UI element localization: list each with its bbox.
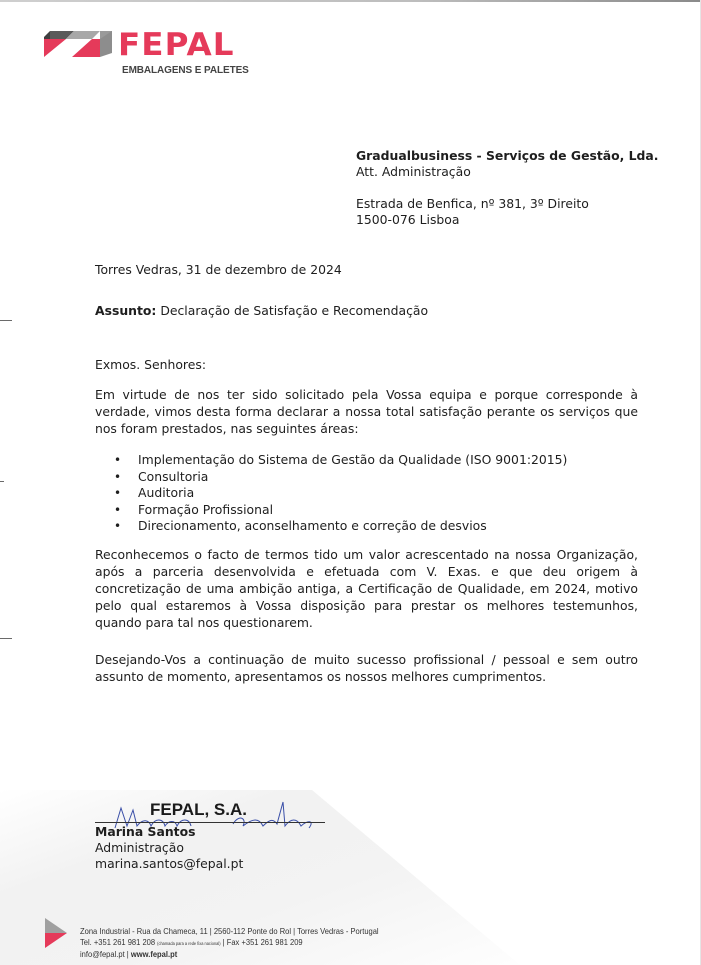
service-areas-list: Implementação do Sistema de Gestão da Qu… [114, 452, 567, 535]
recipient-attention: Att. Administração [356, 164, 659, 180]
footer-contact: Zona Industrial - Rua da Chameca, 11 | 2… [80, 926, 379, 960]
greeting: Exmos. Senhores: [95, 356, 206, 373]
list-item: Formação Profissional [114, 502, 567, 519]
footer-web-line: info@fepal.pt | www.fepal.pt [80, 949, 379, 960]
footer-fax: | Fax +351 261 981 209 [223, 937, 303, 947]
fold-mark [0, 638, 12, 639]
recipient-company: Gradualbusiness - Serviços de Gestão, Ld… [356, 148, 659, 164]
subject-label: Assunto: [95, 303, 156, 318]
list-item: Consultoria [114, 469, 567, 486]
recipient-address-block: Gradualbusiness - Serviços de Gestão, Ld… [356, 148, 659, 228]
fepal-logo-icon [44, 31, 112, 59]
footer-phone-line: Tel. +351 261 981 208 (chamada para a re… [80, 937, 379, 949]
brand-tagline: EMBALAGENS E PALETES [122, 65, 249, 76]
signature-line [95, 822, 325, 823]
subject-line: Assunto: Declaração de Satisfação e Reco… [95, 302, 428, 319]
footer-email[interactable]: info@fepal.pt [80, 949, 125, 959]
list-item: Direcionamento, aconselhamento e correçã… [114, 518, 567, 535]
footer-website[interactable]: www.fepal.pt [131, 949, 177, 959]
recipient-address-line1: Estrada de Benfica, nº 381, 3º Direito [356, 196, 659, 212]
signatory-role: Administração [95, 840, 184, 855]
scan-top-edge [0, 0, 701, 2]
signatory-email[interactable]: marina.santos@fepal.pt [95, 856, 243, 871]
list-item: Auditoria [114, 485, 567, 502]
recipient-address-line2: 1500-076 Lisboa [356, 212, 659, 228]
paragraph-intro: Em virtude de nos ter sido solicitado pe… [95, 386, 638, 437]
paragraph-recognition: Reconhecemos o facto de termos tido um v… [95, 546, 638, 631]
footer-triangle-icon [45, 918, 67, 948]
punch-mark [0, 481, 4, 482]
footer-separator: | [127, 949, 129, 959]
fold-mark [0, 320, 12, 321]
footer-address: Zona Industrial - Rua da Chameca, 11 | 2… [80, 926, 379, 937]
place-date: Torres Vedras, 31 de dezembro de 2024 [95, 261, 342, 278]
company-stamp: FEPAL, S.A. [150, 800, 247, 820]
subject-text: Declaração de Satisfação e Recomendação [160, 303, 428, 318]
brand-name: FEPAL [118, 27, 235, 63]
signatory-name: Marina Santos [95, 824, 195, 839]
footer-tel-note: (chamada para a rede fixa nacional) [157, 941, 220, 946]
paragraph-closing: Desejando-Vos a continuação de muito suc… [95, 651, 638, 685]
footer-tel: Tel. +351 261 981 208 [80, 937, 155, 947]
list-item: Implementação do Sistema de Gestão da Qu… [114, 452, 567, 469]
